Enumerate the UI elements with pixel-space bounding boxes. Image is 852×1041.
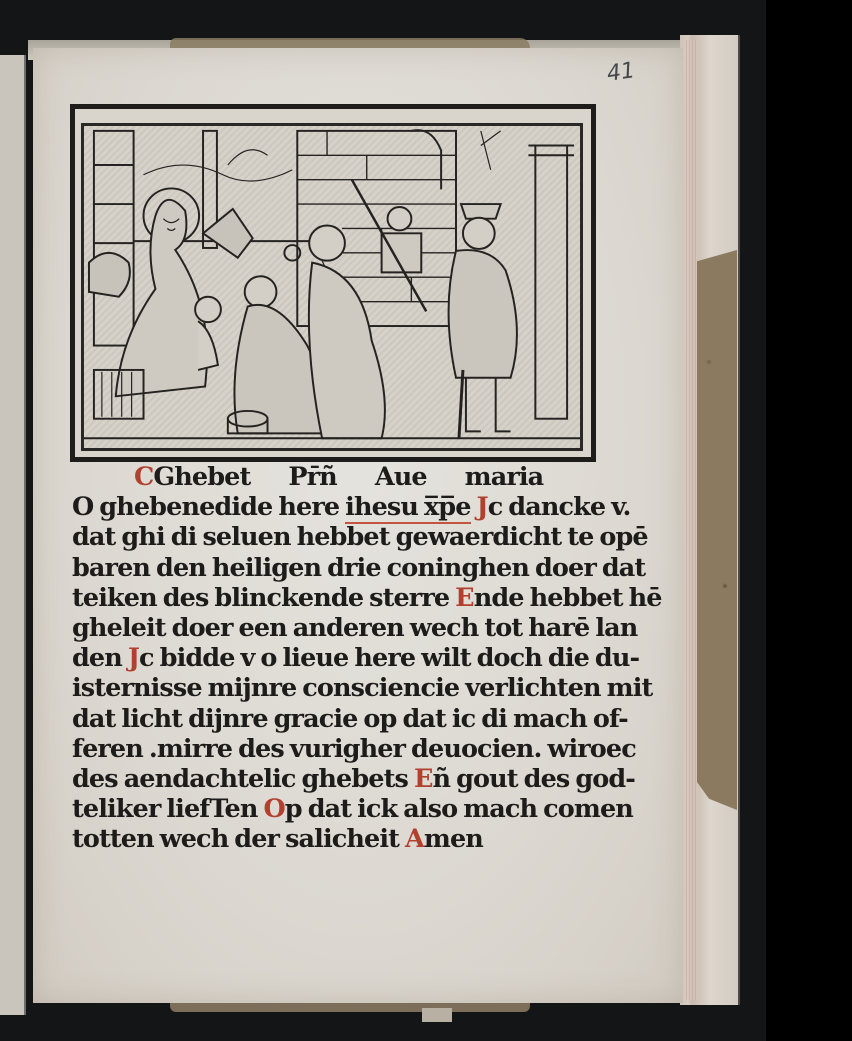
text-line-11: teliker liefTen Op dat ick also mach com…: [72, 794, 617, 824]
heading-pater-noster: Pr̄ñ: [288, 462, 336, 492]
text-line-7: isternisse mijnre consciencie verlichten…: [72, 673, 617, 703]
woodcut-illustration: [70, 104, 596, 462]
bottom-board-tab: [422, 1008, 452, 1022]
text-line-10: des aendachtelic ghebets Eñ gout des go…: [72, 764, 617, 794]
heading-ave-maria: Aue maria: [375, 462, 543, 492]
text-line-12: totten wech der salicheit Amen: [72, 824, 617, 854]
text-line-6: den Jc bidde v o lieue here wilt doch di…: [72, 643, 617, 673]
prayer-text-block: CGhebet Pr̄ñ Aue maria O ghebenedide he…: [72, 462, 617, 855]
text-line-9: feren .mirre des vurigher deuocien. wiro…: [72, 734, 617, 764]
text-line-5: gheleit doer een anderen wech tot harē l…: [72, 613, 617, 643]
woodcut-scene: [81, 123, 583, 451]
text-line-2: dat ghi di seluen hebbet gewaerdicht te …: [72, 522, 617, 552]
text-line-1: O ghebenedide here ihesu x̅p̅e Jc dancke…: [72, 492, 617, 522]
heading-ghebet: Ghebet: [153, 462, 250, 492]
text-line-4: teiken des blinckende sterre Ende hebbet…: [72, 583, 617, 613]
black-margin: [766, 0, 852, 1041]
folio-number: 41: [605, 58, 636, 87]
worn-binding-patch: [697, 250, 737, 810]
adoration-of-magi-icon: [84, 126, 580, 448]
rubric-initial: C: [134, 462, 153, 492]
page-stack-edges: [684, 40, 698, 1000]
text-line-8: dat licht dijnre gracie op dat ic di mac…: [72, 704, 617, 734]
left-page-edge: [0, 55, 26, 1015]
text-line-3: baren den heiligen drie coninghen doer d…: [72, 553, 617, 583]
prayer-heading: CGhebet Pr̄ñ Aue maria: [72, 462, 617, 492]
